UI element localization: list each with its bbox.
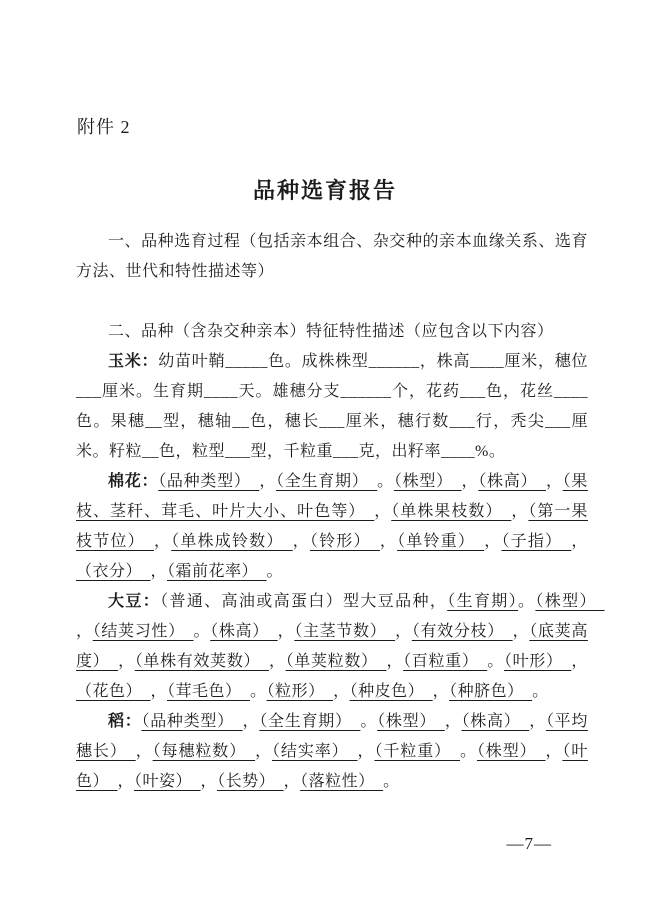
underlined-field: （叶形） xyxy=(504,653,571,670)
text-run: ， xyxy=(293,533,310,550)
crop-name-label: 大豆： xyxy=(108,593,160,610)
text-run: （普通、高油或高蛋白）型大豆品种， xyxy=(160,593,447,610)
underlined-field: （衣分） xyxy=(76,563,151,580)
underlined-field: （叶姿） xyxy=(134,773,201,790)
underlined-field: （霜前花率） xyxy=(167,563,267,580)
paragraph-cotton: 棉花：（品种类型） ，（全生育期） 。（株型） ，（株高） ，（果枝、茎秆、茸毛… xyxy=(76,467,588,587)
underlined-field: （品种类型） xyxy=(158,473,259,490)
text-run: ， xyxy=(284,773,301,790)
underlined-field: （百粒重） xyxy=(403,653,487,670)
text-run: ， xyxy=(546,743,563,760)
text-run: ， xyxy=(571,653,588,670)
underlined-field: （单株成铃数） xyxy=(171,533,293,550)
text-run: ， xyxy=(269,653,286,670)
underlined-field: （花色） xyxy=(76,683,151,700)
text-run: 。 xyxy=(487,653,504,670)
text-run: ， xyxy=(151,683,168,700)
document-body: 一、品种选育过程（包括亲本组合、杂交种的亲本血缘关系、选育方法、世代和特性描述等… xyxy=(76,227,588,797)
text-run: ， xyxy=(118,773,135,790)
underlined-field: （结实率） xyxy=(272,743,358,760)
text-run: 一、品种选育过程（包括亲本组合、杂交种的亲本血缘关系、选育方法、世代和特性描述等… xyxy=(76,233,588,280)
text-run: 。 xyxy=(377,473,394,490)
text-run: 。 xyxy=(267,563,284,580)
text-run: ， xyxy=(445,713,462,730)
page-title: 品种选育报告 xyxy=(0,176,650,206)
underlined-field: （单株果枝数） xyxy=(391,503,511,520)
underlined-field: （株高） xyxy=(478,473,546,490)
underlined-field: （粒形） xyxy=(267,683,334,700)
underlined-field: （结荚习性） xyxy=(93,623,194,640)
underlined-field: （子指） xyxy=(501,533,571,550)
underlined-field: （株型） xyxy=(394,473,462,490)
underlined-field: （有效分枝） xyxy=(412,623,513,640)
underlined-field: （千粒重） xyxy=(374,743,460,760)
text-run: ， xyxy=(546,473,563,490)
text-run: 。 xyxy=(532,683,549,700)
underlined-field: （株型） xyxy=(377,713,445,730)
text-run: ， xyxy=(151,563,168,580)
document-page: 附件 2 品种选育报告 一、品种选育过程（包括亲本组合、杂交种的亲本血缘关系、选… xyxy=(0,0,650,919)
text-run: ， xyxy=(278,623,295,640)
underlined-field: （全生育期） xyxy=(276,473,377,490)
underlined-field: （全生育期） xyxy=(259,713,360,730)
text-run: ， xyxy=(255,743,272,760)
paragraph-rice: 稻：（品种类型） ，（全生育期） 。（株型） ，（株高） ，（平均穗长） ，（每… xyxy=(76,707,588,797)
paragraph-corn: 玉米：幼苗叶鞘_____色。成株株型______，株高____厘米，穗位___厘… xyxy=(76,347,588,467)
text-run: ， xyxy=(433,683,450,700)
text-run: ， xyxy=(386,653,403,670)
text-run: ， xyxy=(571,533,588,550)
page-number: —7— xyxy=(507,832,553,856)
underlined-field: （株型） xyxy=(535,593,604,610)
text-run: ， xyxy=(484,533,501,550)
text-run: ， xyxy=(136,743,153,760)
underlined-field: （单铃重） xyxy=(397,533,484,550)
text-run: ， xyxy=(358,743,375,760)
underlined-field: （每穗粒数） xyxy=(153,743,255,760)
attachment-label: 附件 2 xyxy=(77,114,131,140)
text-run: ， xyxy=(529,713,546,730)
text-run: ， xyxy=(154,533,171,550)
text-run: 。 xyxy=(383,773,400,790)
text-run: 。 xyxy=(194,623,211,640)
underlined-field: （茸毛色） xyxy=(167,683,250,700)
text-run: 二、品种（含杂交种亲本）特征特性描述（应包含以下内容） xyxy=(108,323,554,340)
text-run: ， xyxy=(374,503,391,520)
text-run: 。 xyxy=(460,743,477,760)
text-run: ， xyxy=(118,653,135,670)
underlined-field: （种脐色） xyxy=(449,683,532,700)
text-run: ， xyxy=(513,623,530,640)
crop-name-label: 棉花： xyxy=(108,473,158,490)
text-run: ， xyxy=(395,623,412,640)
text-run: ， xyxy=(333,683,350,700)
text-run: 。 xyxy=(250,683,267,700)
text-run: ， xyxy=(259,473,276,490)
underlined-field: （株高） xyxy=(462,713,530,730)
underlined-field: （株高） xyxy=(210,623,277,640)
crop-name-label: 玉米： xyxy=(108,353,158,370)
underlined-field: （落粒性） xyxy=(300,773,383,790)
text-run: 。 xyxy=(518,593,535,610)
text-run: ， xyxy=(380,533,397,550)
underlined-field: （主茎节数） xyxy=(294,623,395,640)
underlined-field: （长势） xyxy=(217,773,284,790)
paragraph-trait-description-heading: 二、品种（含杂交种亲本）特征特性描述（应包含以下内容） xyxy=(76,317,588,347)
text-run: ， xyxy=(511,503,528,520)
underlined-field: （品种类型） xyxy=(141,713,242,730)
paragraph-soybean: 大豆：（普通、高油或高蛋白）型大豆品种，（生育期）。（株型） ，（结荚习性） 。… xyxy=(76,587,588,707)
text-run: ， xyxy=(462,473,479,490)
underlined-field: （生育期） xyxy=(447,593,518,610)
underlined-field: （铃形） xyxy=(310,533,380,550)
crop-name-label: 稻： xyxy=(108,713,141,730)
text-run: ， xyxy=(201,773,218,790)
underlined-field: （单株有效荚数） xyxy=(135,653,269,670)
paragraph-selection-process: 一、品种选育过程（包括亲本组合、杂交种的亲本血缘关系、选育方法、世代和特性描述等… xyxy=(76,227,588,287)
underlined-field: （株型） xyxy=(477,743,546,760)
underlined-field: （种皮色） xyxy=(350,683,433,700)
underlined-field: （单荚粒数） xyxy=(286,653,387,670)
text-run: ， xyxy=(76,623,93,640)
text-run: ， xyxy=(243,713,260,730)
text-run: 。 xyxy=(360,713,377,730)
